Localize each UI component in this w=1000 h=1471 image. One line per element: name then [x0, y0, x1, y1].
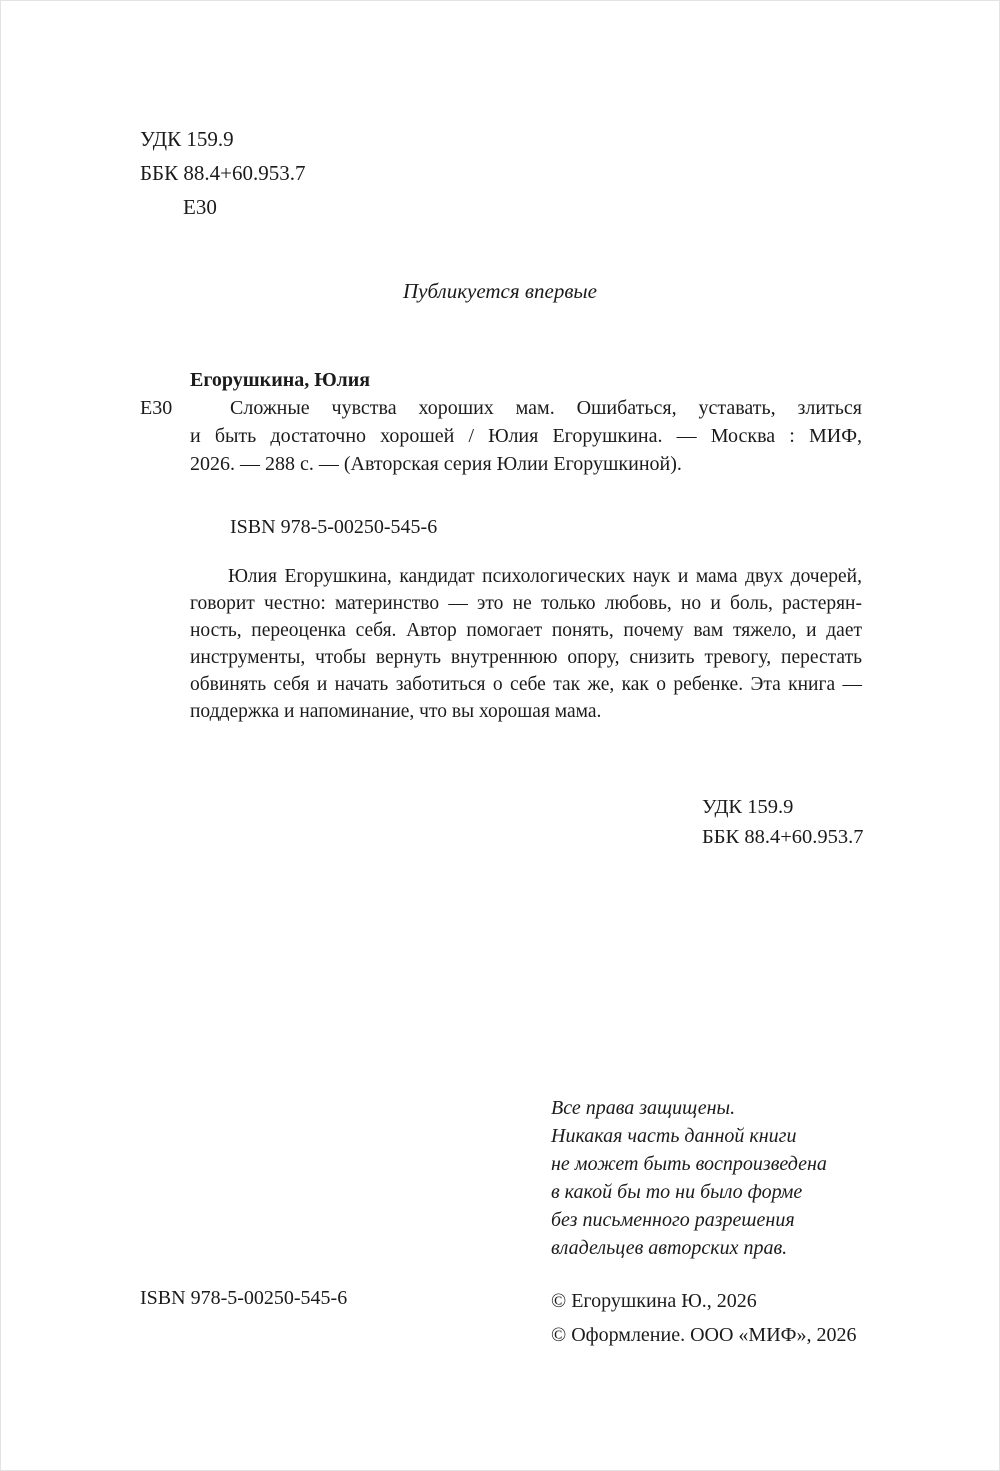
cataloging-entry-body: Е30 Сложные чувства хороших мам. Ошибать…: [140, 394, 862, 478]
author-heading: Егорушкина, Юлия: [190, 366, 862, 394]
annotation-line: ность, переоценка себя. Автор помогает п…: [190, 617, 862, 644]
annotation-line: обвинять себя и начать заботиться о себе…: [190, 671, 862, 698]
annotation-line: говорит честно: материнство — это не тол…: [190, 590, 862, 617]
author-sign-code: Е30: [140, 190, 305, 224]
annotation-line: поддержка и напоминание, что вы хорошая …: [190, 698, 862, 725]
rights-line: Никакая часть данной книги: [551, 1122, 827, 1150]
isbn-line: ISBN 978-5-00250-545-6: [230, 513, 437, 541]
cataloging-entry: Егорушкина, Юлия Е30 Сложные чувства хор…: [140, 366, 862, 478]
rights-line: не может быть воспроизведена: [551, 1150, 827, 1178]
author-sign-code-margin: Е30: [140, 394, 172, 422]
cataloging-line: 2026. — 288 с. — (Авторская серия Юлии Е…: [190, 450, 862, 478]
footer-copyrights: © Егорушкина Ю., 2026 © Оформление. ООО …: [551, 1284, 856, 1352]
annotation-line: инструменты, чтобы вернуть внутреннюю оп…: [190, 644, 862, 671]
imprint-page: УДК 159.9 ББК 88.4+60.953.7 Е30 Публикуе…: [0, 0, 1000, 1471]
bbk-number-repeat: ББК 88.4+60.953.7: [702, 822, 864, 852]
cataloging-line: Сложные чувства хороших мам. Ошибаться, …: [190, 394, 862, 422]
rights-line: без письменного разрешения: [551, 1206, 827, 1234]
cataloging-line: и быть достаточно хорошей / Юлия Егорушк…: [190, 422, 862, 450]
bbk-number: ББК 88.4+60.953.7: [140, 156, 305, 190]
copyright-design-line: © Оформление. ООО «МИФ», 2026: [551, 1318, 856, 1352]
first-publication-notice: Публикуется впервые: [0, 277, 1000, 305]
footer-isbn: ISBN 978-5-00250-545-6: [140, 1284, 347, 1312]
rights-line: Все права защищены.: [551, 1094, 827, 1122]
rights-line: владельцев авторских прав.: [551, 1234, 827, 1262]
rights-reserved-notice: Все права защищены. Никакая часть данной…: [551, 1094, 827, 1262]
annotation-line: Юлия Егорушкина, кандидат психологически…: [190, 563, 862, 590]
classification-top-block: УДК 159.9 ББК 88.4+60.953.7 Е30: [140, 122, 305, 224]
copyright-author-line: © Егорушкина Ю., 2026: [551, 1284, 856, 1318]
rights-line: в какой бы то ни было форме: [551, 1178, 827, 1206]
annotation-paragraph: Юлия Егорушкина, кандидат психологически…: [190, 563, 862, 725]
udk-number-repeat: УДК 159.9: [702, 792, 864, 822]
udk-number: УДК 159.9: [140, 122, 305, 156]
cataloging-entry-lines: Сложные чувства хороших мам. Ошибаться, …: [190, 394, 862, 478]
classification-bottom-block: УДК 159.9 ББК 88.4+60.953.7: [702, 792, 864, 852]
